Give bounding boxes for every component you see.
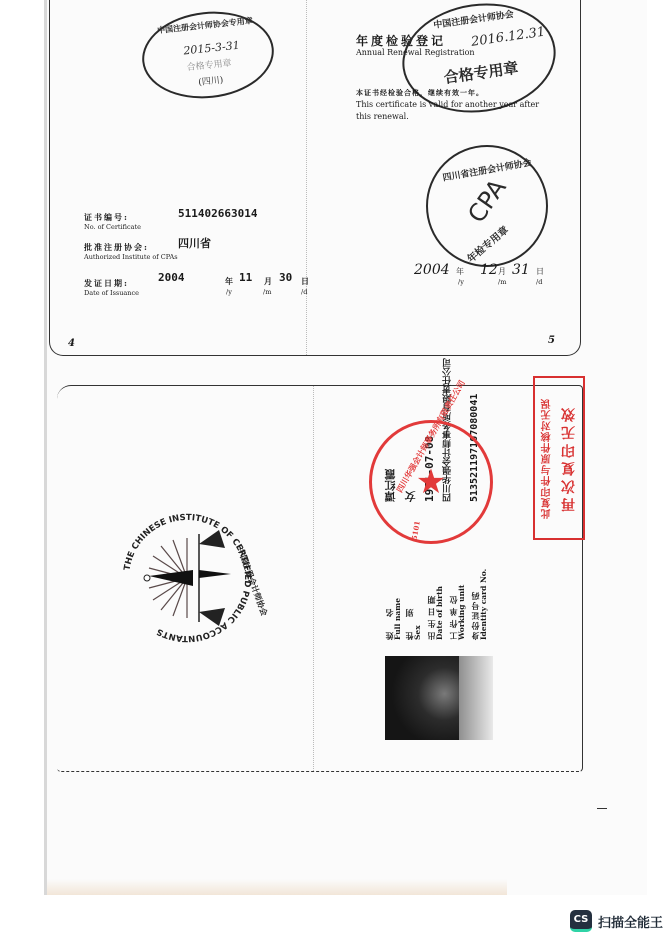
institute-label-en: Authorized Institute of CPAs xyxy=(84,253,178,261)
renewal-month-unit-en: /m xyxy=(498,278,506,286)
certificate-no-label-cn: 证书编号: xyxy=(84,212,129,223)
renewal-day-unit: 日 xyxy=(536,266,544,277)
renewal-year: 2004 xyxy=(414,262,450,278)
issuance-month-unit: 月 xyxy=(264,276,272,287)
valid-statement-en-2: this renewal. xyxy=(356,112,409,121)
stamp-ring-text: 中国注册会计师协会 xyxy=(432,7,514,31)
stamp-center-text: 合格专用章 xyxy=(442,57,519,88)
valid-statement-cn: 本证书经检验合格，继续有效一年。 xyxy=(356,88,484,98)
certificate-spread-bottom: THE CHINESE INSTITUTE OF CERTIFIED PUBLI… xyxy=(57,385,583,772)
stamp-cpa-text: CPA xyxy=(462,174,511,228)
stamp-bottom-text: 年检专用章 xyxy=(463,222,511,266)
stamp-code: 5101 xyxy=(410,520,422,541)
issuance-day: 30 xyxy=(279,271,292,284)
scan-edge-tint xyxy=(47,879,507,895)
issuance-year-unit-en: /y xyxy=(226,288,232,296)
renewal-year-unit: 年 xyxy=(456,266,464,277)
copy-notice-box: 此复印件与原件核对无误 再次复印无效 xyxy=(533,376,585,540)
page-number-right: 5 xyxy=(548,335,555,346)
page-number-left: 4 xyxy=(68,338,75,349)
id-photo xyxy=(385,656,493,740)
issuance-label-en: Date of Issuance xyxy=(84,289,139,297)
id-card-label-en: Identity card No. xyxy=(479,504,488,640)
page-divider xyxy=(306,0,307,355)
notice-line-2: 再次复印无效 xyxy=(559,404,579,512)
issuance-month: 11 xyxy=(239,271,252,284)
institute-label-cn: 批准注册协会: xyxy=(84,242,149,253)
renewal-month: 12 xyxy=(480,262,498,278)
stamp-ring-text: 中国注册会计师协会专用章 xyxy=(157,15,254,36)
issuance-label-cn: 发证日期: xyxy=(84,278,129,289)
stamp-date: 2015-3-31 xyxy=(183,39,240,58)
page-divider xyxy=(313,386,314,771)
renewal-year-unit-en: /y xyxy=(458,278,464,286)
issuance-year: 2004 xyxy=(158,271,185,284)
issuance-month-unit-en: /m xyxy=(263,288,271,296)
certificate-no-value: 511402663014 xyxy=(178,207,257,220)
issuance-day-unit-en: /d xyxy=(301,288,307,296)
camscanner-logo-icon: CS xyxy=(570,910,592,932)
star-icon: ★ xyxy=(416,465,446,499)
scan-mark xyxy=(597,808,607,809)
institute-value: 四川省 xyxy=(178,235,211,251)
issuance-day-unit: 日 xyxy=(301,276,309,287)
camscanner-watermark: CS 扫描全能王 xyxy=(570,910,663,932)
notice-line-1: 此复印件与原件核对无误 xyxy=(540,398,555,519)
oval-stamp-2015: 中国注册会计师协会专用章 2015-3-31 合格专用章 (四川) xyxy=(138,5,278,104)
valid-statement-en-1: This certificate is valid for another ye… xyxy=(356,100,539,109)
camscanner-label: 扫描全能王 xyxy=(598,912,663,931)
cicpa-logo-icon: THE CHINESE INSTITUTE OF CERTIFIED PUBLI… xyxy=(113,504,261,652)
certificate-no-label-en: No. of Certificate xyxy=(84,223,141,231)
renewal-day-unit-en: /d xyxy=(536,278,542,286)
renewal-day: 31 xyxy=(512,262,530,278)
stamp-region: (四川) xyxy=(198,73,224,89)
stamp-center-text: 合格专用章 xyxy=(186,56,232,74)
certificate-spread-top: 中国注册会计师协会专用章 2015-3-31 合格专用章 (四川) 证书编号: … xyxy=(49,0,581,356)
issuance-year-unit: 年 xyxy=(225,276,233,287)
scanned-document: 中国注册会计师协会专用章 2015-3-31 合格专用章 (四川) 证书编号: … xyxy=(44,0,647,895)
renewal-month-unit: 月 xyxy=(498,266,506,277)
company-red-stamp: ★ 四川华强会计师事务所有限责任公司 5101 xyxy=(369,420,493,544)
stamp-date: 2016.12.31 xyxy=(470,25,546,50)
cpa-round-stamp: 四川省注册会计师协会 CPA 年检专用章 xyxy=(426,145,548,267)
